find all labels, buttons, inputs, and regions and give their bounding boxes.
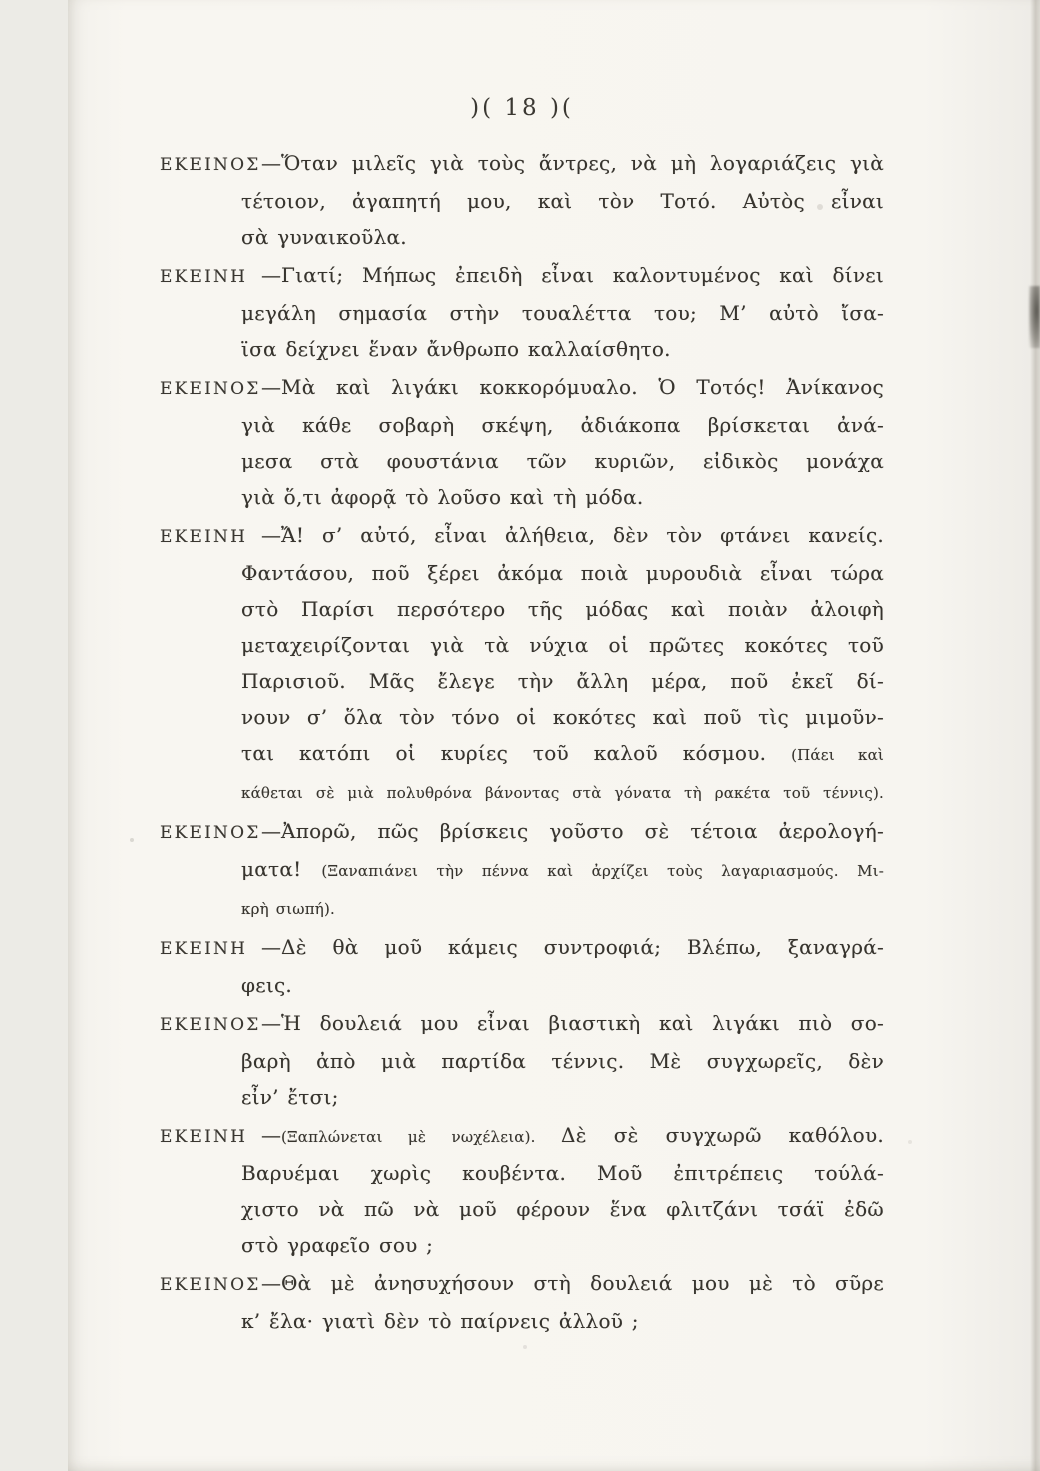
speech-text: γιὰ ὅ,τι ἀφορᾷ τὸ λοῦσο καὶ τὴ μόδα. xyxy=(241,485,643,509)
text-line: στὸ γραφεῖο σου ; xyxy=(241,1227,884,1263)
speech-text: τέτοιον, ἀγαπητή μου, καὶ τὸν Τοτό. Αὐτὸ… xyxy=(241,189,884,213)
speech-text: Γιατί; Μήπως ἐπειδὴ εἶναι καλοντυμένος κ… xyxy=(281,263,884,287)
speech-text: νουν σ’ ὅλα τὸν τόνο οἱ κοκότες καὶ ποῦ … xyxy=(241,705,884,729)
speech-text: Βαρυέμαι χωρὶς κουβέντα. Μοῦ ἐπιτρέπεις … xyxy=(241,1161,884,1185)
speech-text: ϊσα δείχνει ἕναν ἄνθρωπο καλλαίσθητο. xyxy=(241,337,671,361)
speech: ΕΚΕΙΝΟΣ—Θὰ μὲ ἀνησυχήσουν στὴ δουλειά μο… xyxy=(160,1265,884,1339)
text-line: φεις. xyxy=(241,967,884,1003)
text-line: ΕΚΕΙΝΗ—Ἄ! σ’ αὐτό, εἶναι ἀλήθεια, δὲν τὸ… xyxy=(160,517,884,555)
speaker-name: ΕΚΕΙΝΗ xyxy=(160,519,261,555)
text-line: μεταχειρίζονται γιὰ τὰ νύχια οἱ πρῶτες κ… xyxy=(241,627,884,663)
text-line: γιὰ ὅ,τι ἀφορᾷ τὸ λοῦσο καὶ τὴ μόδα. xyxy=(241,479,884,515)
speaker-name: ΕΚΕΙΝΟΣ xyxy=(160,1267,261,1303)
text-line: κάθεται σὲ μιὰ πολυθρόνα βάνοντας στὰ γό… xyxy=(241,773,884,811)
speaker-dash: — xyxy=(261,263,281,287)
speech-text: Δὲ σὲ συγχωρῶ καθόλου. xyxy=(561,1123,884,1147)
speaker-dash: — xyxy=(261,375,281,399)
text-line: νουν σ’ ὅλα τὸν τόνο οἱ κοκότες καὶ ποῦ … xyxy=(241,699,884,735)
speech-text: κ’ ἔλα· γιατὶ δὲν τὸ παίρνεις ἀλλοῦ ; xyxy=(241,1309,639,1333)
speech-list: ΕΚΕΙΝΟΣ—Ὅταν μιλεῖς γιὰ τοὺς ἄντρες, νὰ … xyxy=(160,145,884,1339)
speech: ΕΚΕΙΝΗ—Γιατί; Μήπως ἐπειδὴ εἶναι καλοντυ… xyxy=(160,257,884,367)
speaker-dash: — xyxy=(261,819,281,843)
text-line: ΕΚΕΙΝΗ—Δὲ θὰ μοῦ κάμεις συντροφιά; Βλέπω… xyxy=(160,929,884,967)
ink-stain xyxy=(1029,286,1040,348)
speech: ΕΚΕΙΝΗ—Ἄ! σ’ αὐτό, εἶναι ἀλήθεια, δὲν τὸ… xyxy=(160,517,884,811)
speech-text: μεταχειρίζονται γιὰ τὰ νύχια οἱ πρῶτες κ… xyxy=(241,633,884,657)
speaker-name: ΕΚΕΙΝΗ xyxy=(160,931,261,967)
text-line: εἶν’ ἔτσι; xyxy=(241,1079,884,1115)
text-line: ΕΚΕΙΝΟΣ—Ἀπορῶ, πῶς βρίσκεις γοῦστο σὲ τέ… xyxy=(160,813,884,851)
speech-text: (Ξαναπιάνει τὴν πέννα καὶ ἀρχίζει τοὺς λ… xyxy=(321,862,884,880)
text-line: ΕΚΕΙΝΗ—Γιατί; Μήπως ἐπειδὴ εἶναι καλοντυ… xyxy=(160,257,884,295)
text-line: Φαντάσου, ποῦ ξέρει ἀκόμα ποιὰ μυρουδιὰ … xyxy=(241,555,884,591)
speech-text: ται κατόπι οἱ κυρίες τοῦ καλοῦ κόσμου. xyxy=(241,741,791,765)
speech: ΕΚΕΙΝΟΣ—Ἡ δουλειά μου εἶναι βιαστικὴ καὶ… xyxy=(160,1005,884,1115)
speaker-name: ΕΚΕΙΝΗ xyxy=(160,259,261,295)
speech-text: Ὅταν μιλεῖς γιὰ τοὺς ἄντρες, νὰ μὴ λογαρ… xyxy=(281,151,884,175)
scanned-page: )( 18 )( ΕΚΕΙΝΟΣ—Ὅταν μιλεῖς γιὰ τοὺς ἄν… xyxy=(68,0,1040,1471)
text-line: τέτοιον, ἀγαπητή μου, καὶ τὸν Τοτό. Αὐτὸ… xyxy=(241,183,884,219)
speaker-dash: — xyxy=(261,1271,281,1295)
text-line: Βαρυέμαι χωρὶς κουβέντα. Μοῦ ἐπιτρέπεις … xyxy=(241,1155,884,1191)
speech-text: Φαντάσου, ποῦ ξέρει ἀκόμα ποιὰ μυρουδιὰ … xyxy=(241,561,884,585)
text-line: ΕΚΕΙΝΟΣ—Ἡ δουλειά μου εἶναι βιαστικὴ καὶ… xyxy=(160,1005,884,1043)
text-line: γιὰ κάθε σοβαρὴ σκέψη, ἀδιάκοπα βρίσκετα… xyxy=(241,407,884,443)
speech: ΕΚΕΙΝΗ—(Ξαπλώνεται μὲ νωχέλεια). Δὲ σὲ σ… xyxy=(160,1117,884,1263)
text-line: ΕΚΕΙΝΗ—(Ξαπλώνεται μὲ νωχέλεια). Δὲ σὲ σ… xyxy=(160,1117,884,1155)
speech-text: στὸ γραφεῖο σου ; xyxy=(241,1233,433,1257)
speech: ΕΚΕΙΝΟΣ—Μὰ καὶ λιγάκι κοκκορόμυαλο. Ὁ Το… xyxy=(160,369,884,515)
speech-text: Ἀπορῶ, πῶς βρίσκεις γοῦστο σὲ τέτοια ἀερ… xyxy=(281,819,884,843)
text-line: ΕΚΕΙΝΟΣ—Μὰ καὶ λιγάκι κοκκορόμυαλο. Ὁ Το… xyxy=(160,369,884,407)
text-line: Παρισιοῦ. Μᾶς ἔλεγε τὴν ἄλλη μέρα, ποῦ ἐ… xyxy=(241,663,884,699)
speaker-dash: — xyxy=(261,523,281,547)
page-number: )( 18 )( xyxy=(160,93,884,123)
text-line: μεγάλη σημασία στὴν τουαλέττα του; Μ’ αὐ… xyxy=(241,295,884,331)
text-line: μεσα στὰ φουστάνια τῶν κυριῶν, εἰδικὸς μ… xyxy=(241,443,884,479)
speaker-name: ΕΚΕΙΝΗ xyxy=(160,1119,261,1155)
speech-text: (Πάει καὶ xyxy=(791,746,884,764)
speech-text: σὰ γυναικοῦλα. xyxy=(241,225,407,249)
speech-text: βαρὴ ἀπὸ μιὰ παρτίδα τέννις. Μὲ συγχωρεῖ… xyxy=(241,1049,884,1073)
speech-text: χιστο νὰ πῶ νὰ μοῦ φέρουν ἕνα φλιτζάνι τ… xyxy=(241,1197,884,1221)
speech-text: (Ξαπλώνεται μὲ νωχέλεια). xyxy=(281,1128,561,1146)
speech: ΕΚΕΙΝΟΣ—Ὅταν μιλεῖς γιὰ τοὺς ἄντρες, νὰ … xyxy=(160,145,884,255)
speaker-dash: — xyxy=(261,1123,281,1147)
text-line: στὸ Παρίσι περσότερο τῆς μόδας καὶ ποιὰν… xyxy=(241,591,884,627)
speech-text: ματα! xyxy=(241,857,321,881)
speech: ΕΚΕΙΝΗ—Δὲ θὰ μοῦ κάμεις συντροφιά; Βλέπω… xyxy=(160,929,884,1003)
text-line: κρὴ σιωπή). xyxy=(241,889,884,927)
text-line: βαρὴ ἀπὸ μιὰ παρτίδα τέννις. Μὲ συγχωρεῖ… xyxy=(241,1043,884,1079)
speaker-dash: — xyxy=(261,151,281,175)
page-edge-shadow xyxy=(1030,0,1040,1471)
speaker-name: ΕΚΕΙΝΟΣ xyxy=(160,1007,261,1043)
text-line: ϊσα δείχνει ἕναν ἄνθρωπο καλλαίσθητο. xyxy=(241,331,884,367)
speech-text: Ἡ δουλειά μου εἶναι βιαστικὴ καὶ λιγάκι … xyxy=(281,1011,884,1035)
paper-speckles xyxy=(68,0,72,4)
speech-text: γιὰ κάθε σοβαρὴ σκέψη, ἀδιάκοπα βρίσκετα… xyxy=(241,413,884,437)
speech: ΕΚΕΙΝΟΣ—Ἀπορῶ, πῶς βρίσκεις γοῦστο σὲ τέ… xyxy=(160,813,884,927)
speech-text: Παρισιοῦ. Μᾶς ἔλεγε τὴν ἄλλη μέρα, ποῦ ἐ… xyxy=(241,669,884,693)
speech-text: κρὴ σιωπή). xyxy=(241,900,335,918)
text-line: ματα! (Ξαναπιάνει τὴν πέννα καὶ ἀρχίζει … xyxy=(241,851,884,889)
text-line: ται κατόπι οἱ κυρίες τοῦ καλοῦ κόσμου. (… xyxy=(241,735,884,773)
speech-text: εἶν’ ἔτσι; xyxy=(241,1085,339,1109)
speech-text: Θὰ μὲ ἀνησυχήσουν στὴ δουλειά μου μὲ τὸ … xyxy=(281,1271,884,1295)
speaker-name: ΕΚΕΙΝΟΣ xyxy=(160,371,261,407)
speech-text: στὸ Παρίσι περσότερο τῆς μόδας καὶ ποιὰν… xyxy=(241,597,884,621)
speech-text: κάθεται σὲ μιὰ πολυθρόνα βάνοντας στὰ γό… xyxy=(241,784,884,802)
speaker-dash: — xyxy=(261,935,281,959)
text-line: σὰ γυναικοῦλα. xyxy=(241,219,884,255)
speaker-name: ΕΚΕΙΝΟΣ xyxy=(160,147,261,183)
speech-text: Μὰ καὶ λιγάκι κοκκορόμυαλο. Ὁ Τοτός! Ἀνί… xyxy=(281,375,884,399)
speaker-dash: — xyxy=(261,1011,281,1035)
speaker-name: ΕΚΕΙΝΟΣ xyxy=(160,815,261,851)
speech-text: φεις. xyxy=(241,973,292,997)
text-block: )( 18 )( ΕΚΕΙΝΟΣ—Ὅταν μιλεῖς γιὰ τοὺς ἄν… xyxy=(160,93,884,1341)
speech-text: μεγάλη σημασία στὴν τουαλέττα του; Μ’ αὐ… xyxy=(241,301,884,325)
text-line: κ’ ἔλα· γιατὶ δὲν τὸ παίρνεις ἀλλοῦ ; xyxy=(241,1303,884,1339)
text-line: χιστο νὰ πῶ νὰ μοῦ φέρουν ἕνα φλιτζάνι τ… xyxy=(241,1191,884,1227)
speech-text: Δὲ θὰ μοῦ κάμεις συντροφιά; Βλέπω, ξαναγ… xyxy=(281,935,884,959)
speech-text: Ἄ! σ’ αὐτό, εἶναι ἀλήθεια, δὲν τὸν φτάνε… xyxy=(281,523,884,547)
text-line: ΕΚΕΙΝΟΣ—Θὰ μὲ ἀνησυχήσουν στὴ δουλειά μο… xyxy=(160,1265,884,1303)
speech-text: μεσα στὰ φουστάνια τῶν κυριῶν, εἰδικὸς μ… xyxy=(241,449,884,473)
text-line: ΕΚΕΙΝΟΣ—Ὅταν μιλεῖς γιὰ τοὺς ἄντρες, νὰ … xyxy=(160,145,884,183)
